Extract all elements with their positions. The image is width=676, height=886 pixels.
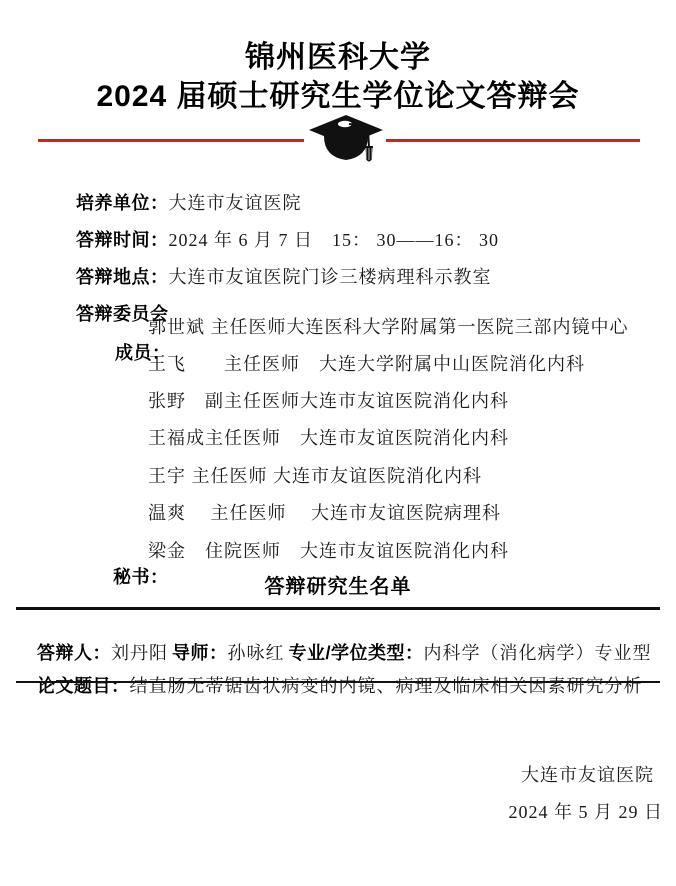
defense-location-value: 大连市友谊医院门诊三楼病理科示教室: [169, 267, 492, 287]
thesis-title-value: 结直肠无蒂锯齿状病变的内镜、病理及临床相关因素研究分析: [130, 676, 643, 696]
graduation-cap-icon: [308, 114, 384, 168]
page-title-event: 2024 届硕士研究生学位论文答辩会: [0, 80, 676, 114]
roster-heading: 答辩研究生名单: [0, 574, 676, 600]
footer-organization: 大连市友谊医院: [521, 762, 654, 788]
footer-date: 2024 年 5 月 29 日: [509, 799, 664, 825]
roster-thesis-row: 论文题目：结直肠无蒂锯齿状病变的内镜、病理及临床相关因素研究分析: [19, 647, 647, 725]
committee-secretary-row: 梁金 住院医师 大连市友谊医院消化内科: [148, 538, 509, 564]
committee-member-row: 郭世斌 主任医师大连医科大学附属第一医院三部内镜中心: [148, 314, 629, 340]
committee-member-row: 温爽 主任医师 大连市友谊医院病理科: [148, 500, 501, 526]
announcement-page: 锦州医科大学 2024 届硕士研究生学位论文答辩会 培养单位：大连市友谊医院 答…: [0, 0, 676, 886]
thesis-title-label: 论文题目：: [37, 676, 130, 696]
committee-member-row: 张野 副主任医师大连市友谊医院消化内科: [148, 388, 509, 414]
divider-line-right: [386, 139, 640, 142]
page-title-university: 锦州医科大学: [0, 41, 676, 75]
committee-member-row: 王飞 主任医师 大连大学附属中山医院消化内科: [148, 351, 585, 377]
roster-table-top-border: [16, 607, 660, 610]
divider-line-left: [38, 139, 304, 142]
committee-member-row: 王宇 主任医师 大连市友谊医院消化内科: [148, 463, 482, 489]
committee-member-row: 王福成主任医师 大连市友谊医院消化内科: [148, 425, 509, 451]
roster-table-bottom-border: [16, 681, 660, 683]
